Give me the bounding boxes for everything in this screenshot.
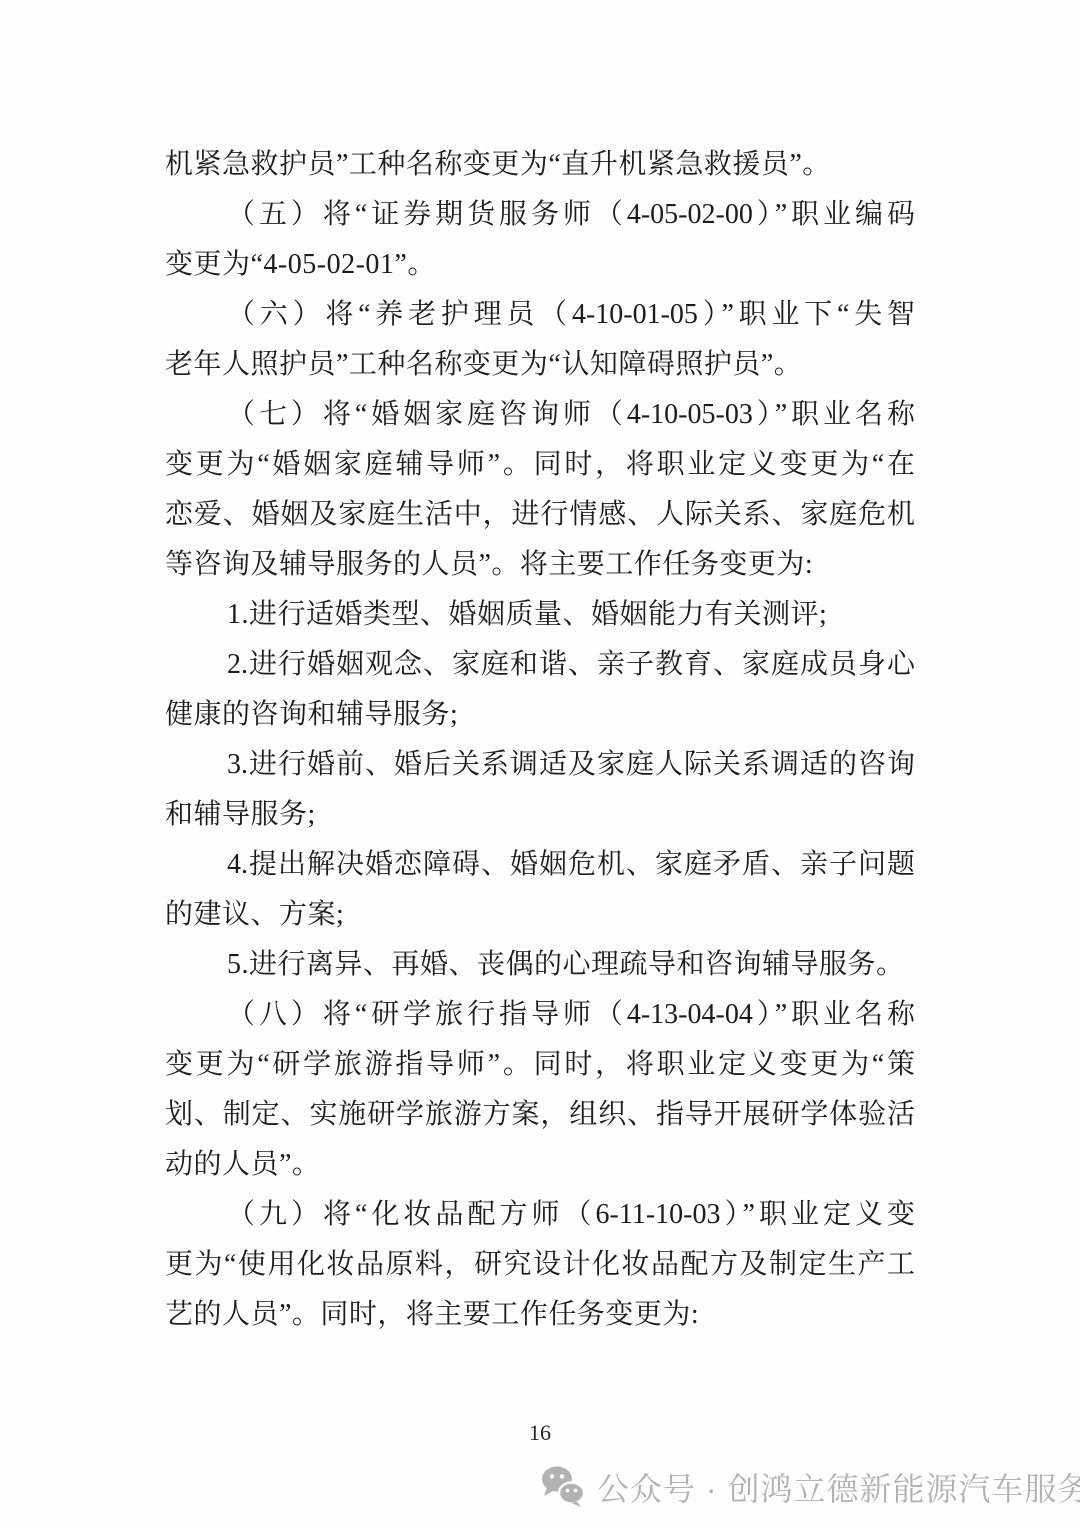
wechat-icon (541, 1465, 585, 1509)
document-line: 健康的咨询和辅导服务; (165, 690, 915, 740)
document-line: （八）将“研学旅行指导师（4-13-04-04）”职业名称 (165, 990, 915, 1040)
document-line: 机紧急救护员”工种名称变更为“直升机紧急救援员”。 (165, 140, 915, 190)
document-line: 变更为“婚姻家庭辅导师”。同时，将职业定义变更为“在 (165, 440, 915, 490)
document-line: 4.提出解决婚恋障碍、婚姻危机、家庭矛盾、亲子问题 (165, 840, 915, 890)
document-line: （七）将“婚姻家庭咨询师（4-10-05-03）”职业名称 (165, 390, 915, 440)
document-line: 老年人照护员”工种名称变更为“认知障碍照护员”。 (165, 340, 915, 390)
document-line: 5.进行离异、再婚、丧偶的心理疏导和咨询辅导服务。 (165, 940, 915, 990)
document-line: 和辅导服务; (165, 790, 915, 840)
document-line: 的建议、方案; (165, 890, 915, 940)
watermark-label: 公众号 · 创鸿立德新能源汽车服务 (597, 1464, 1080, 1510)
document-line: 等咨询及辅导服务的人员”。将主要工作任务变更为: (165, 540, 915, 590)
document-body: 机紧急救护员”工种名称变更为“直升机紧急救援员”。 （五）将“证券期货服务师（4… (165, 140, 915, 1340)
document-line: 更为“使用化妆品原料，研究设计化妆品配方及制定生产工 (165, 1240, 915, 1290)
document-line: （九）将“化妆品配方师（6-11-10-03）”职业定义变 (165, 1190, 915, 1240)
document-line: （五）将“证券期货服务师（4-05-02-00）”职业编码 (165, 190, 915, 240)
document-page: 机紧急救护员”工种名称变更为“直升机紧急救援员”。 （五）将“证券期货服务师（4… (0, 0, 1080, 1527)
document-line: 3.进行婚前、婚后关系调适及家庭人际关系调适的咨询 (165, 740, 915, 790)
document-line: 1.进行适婚类型、婚姻质量、婚姻能力有关测评; (165, 590, 915, 640)
document-line: 艺的人员”。同时，将主要工作任务变更为: (165, 1290, 915, 1340)
document-line: 2.进行婚姻观念、家庭和谐、亲子教育、家庭成员身心 (165, 640, 915, 690)
page-number: 16 (0, 1420, 1080, 1446)
document-line: 变更为“研学旅游指导师”。同时，将职业定义变更为“策 (165, 1040, 915, 1090)
document-line: 划、制定、实施研学旅游方案，组织、指导开展研学体验活 (165, 1090, 915, 1140)
document-line: 动的人员”。 (165, 1140, 915, 1190)
watermark: 公众号 · 创鸿立德新能源汽车服务 (541, 1464, 1080, 1510)
document-line: 恋爱、婚姻及家庭生活中，进行情感、人际关系、家庭危机 (165, 490, 915, 540)
document-line: （六）将“养老护理员（4-10-01-05）”职业下“失智 (165, 290, 915, 340)
document-line: 变更为“4-05-02-01”。 (165, 240, 915, 290)
